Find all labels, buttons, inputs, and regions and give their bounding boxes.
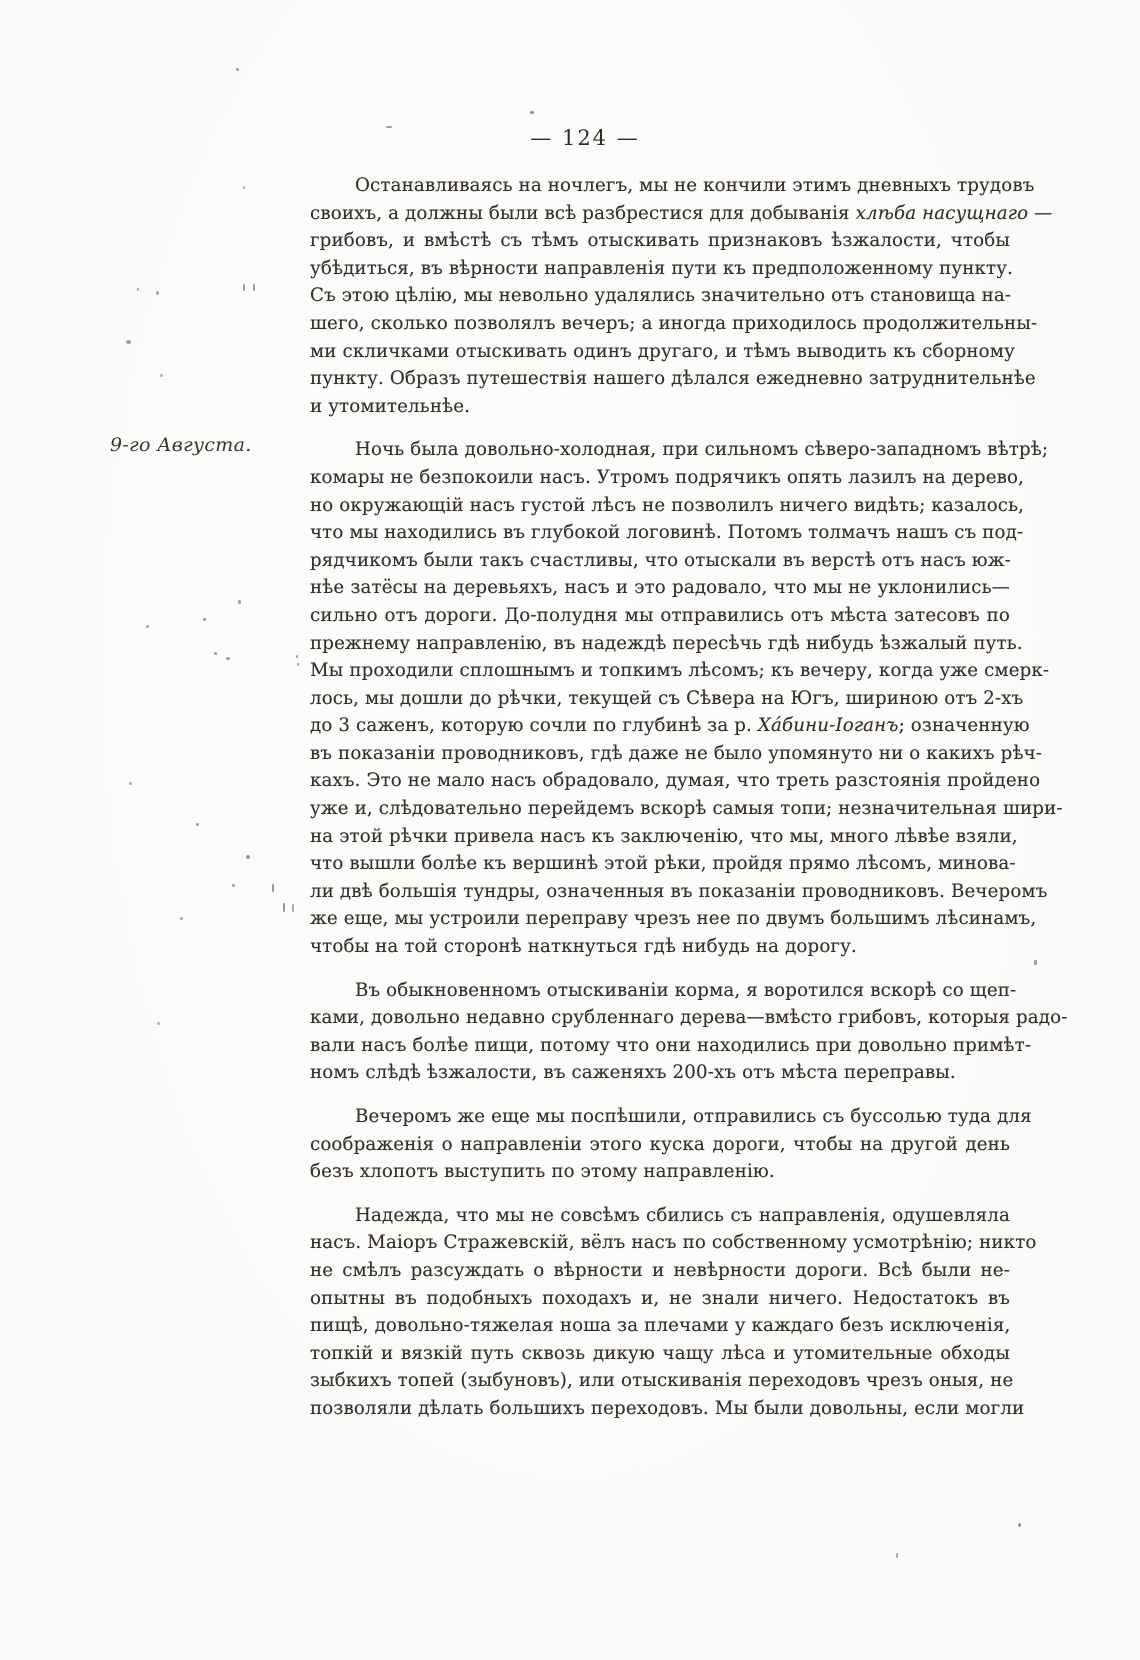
text-line: нѣе затёсы на деревьяхъ, насъ и это радо…	[310, 574, 1010, 602]
text-segment: ли двѣ большія тундры, означенныя въ пок…	[310, 881, 1047, 902]
scan-speck	[243, 284, 245, 291]
text-segment: же еще, мы устроили переправу чрезъ нее …	[310, 908, 1036, 929]
text-line: что мы находились въ глубокой логовинѣ. …	[310, 519, 1010, 547]
text-line: Въ обыкновенномъ отыскиваніи корма, я во…	[310, 977, 1010, 1005]
scan-speck	[386, 126, 392, 128]
paragraph: Вечеромъ же еще мы поспѣшили, отправилис…	[310, 1103, 1010, 1186]
scan-speck	[530, 111, 534, 114]
scan-speck	[253, 284, 255, 291]
text-segment: пункту. Образъ путешествія нашего дѣлалс…	[310, 368, 1036, 389]
scan-speck	[226, 657, 230, 660]
text-segment: уже и, слѣдовательно перейдемъ вскорѣ са…	[310, 798, 1063, 819]
text-line: убѣдиться, въ вѣрности направленія пути …	[310, 255, 1010, 283]
text-segment: Съ этою цѣлію, мы невольно удалялись зна…	[310, 285, 1011, 306]
text-line: же еще, мы устроили переправу чрезъ нее …	[310, 905, 1010, 933]
text-segment: безъ хлопотъ выступить по этому направле…	[310, 1161, 775, 1182]
text-line: комары не безпокоили насъ. Утромъ подряч…	[310, 464, 1010, 492]
paragraph: Ночь была довольно-холодная, при сильном…	[310, 436, 1010, 960]
text-segment: что мы находились въ глубокой логовинѣ. …	[310, 522, 1023, 543]
text-segment: но окружающій насъ густой лѣсъ не позвол…	[310, 495, 1024, 516]
text-segment: номъ слѣдѣ ѣзжалости, въ саженяхъ 200-хъ…	[310, 1062, 956, 1083]
text-line: опытны въ подобныхъ походахъ и, не знали…	[310, 1285, 1010, 1313]
scan-speck	[283, 903, 285, 912]
text-segment: кахъ. Это не мало насъ обрадовало, думая…	[310, 770, 1040, 791]
text-line: топкій и вязкій путь сквозь дикую чащу л…	[310, 1340, 1010, 1368]
text-segment: Надежда, что мы не совсѣмъ сбились съ на…	[355, 1205, 1010, 1226]
text-segment: пищѣ, довольно-тяжелая ноша за плечами у…	[310, 1315, 1010, 1336]
text-line: вали насъ болѣе пищи, потому что они нах…	[310, 1032, 1010, 1060]
text-line: ми скличками отыскивать одинъ другаго, и…	[310, 338, 1010, 366]
scan-speck	[160, 374, 163, 377]
scan-speck	[146, 625, 149, 628]
text-segment: ми скличками отыскивать одинъ другаго, и…	[310, 341, 1015, 362]
text-line: не смѣлъ разсуждать о вѣрности и невѣрно…	[310, 1257, 1010, 1285]
text-line: и утомительнѣе.	[310, 393, 1010, 421]
text-segment: въ показаніи проводниковъ, гдѣ даже не б…	[310, 743, 1042, 764]
text-line: номъ слѣдѣ ѣзжалости, въ саженяхъ 200-хъ…	[310, 1059, 1010, 1087]
italic-text-segment: хлѣба насущнаго —	[856, 203, 1053, 224]
text-line: кахъ. Это не мало насъ обрадовало, думая…	[310, 767, 1010, 795]
paragraph: Надежда, что мы не совсѣмъ сбились съ на…	[310, 1202, 1010, 1423]
scan-speck	[292, 904, 294, 912]
text-line: сильно отъ дороги. До-полудня мы отправи…	[310, 602, 1010, 630]
scan-speck	[243, 186, 245, 189]
text-line: безъ хлопотъ выступить по этому направле…	[310, 1158, 1010, 1186]
text-line: чтобы на той сторонѣ наткнуться гдѣ нибу…	[310, 933, 1010, 961]
text-segment: Мы проходили сплошнымъ и топкимъ лѣсомъ;…	[310, 660, 1049, 681]
text-line: пищѣ, довольно-тяжелая ноша за плечами у…	[310, 1312, 1010, 1340]
text-line: Останавливаясь на ночлегъ, мы не кончили…	[310, 172, 1010, 200]
text-line: соображенія о направленіи этого куска до…	[310, 1131, 1010, 1159]
body-text: Останавливаясь на ночлегъ, мы не кончили…	[310, 172, 1010, 1439]
text-line: что вышли болѣе къ вершинѣ этой рѣки, пр…	[310, 850, 1010, 878]
text-segment: Ночь была довольно-холодная, при сильном…	[355, 439, 1048, 460]
text-segment: убѣдиться, въ вѣрности направленія пути …	[310, 258, 1013, 279]
text-line: Вечеромъ же еще мы поспѣшили, отправилис…	[310, 1103, 1010, 1131]
text-line: Надежда, что мы не совсѣмъ сбились съ на…	[310, 1202, 1010, 1230]
scan-speck	[156, 291, 159, 295]
text-segment: соображенія о направленіи этого куска до…	[310, 1134, 1010, 1155]
page-number: — 124 —	[30, 126, 1140, 150]
scan-speck	[297, 663, 299, 666]
text-segment: не смѣлъ разсуждать о вѣрности и невѣрно…	[310, 1260, 1010, 1281]
scan-speck	[126, 340, 131, 344]
paragraph: Останавливаясь на ночлегъ, мы не кончили…	[310, 172, 1010, 420]
scan-speck	[180, 917, 183, 920]
text-line: Ночь была довольно-холодная, при сильном…	[310, 436, 1010, 464]
text-segment: нѣе затёсы на деревьяхъ, насъ и это радо…	[310, 577, 1010, 598]
text-segment: рядчикомъ были такъ счастливы, что отыск…	[310, 550, 1011, 571]
text-segment: комары не безпокоили насъ. Утромъ подряч…	[310, 467, 1024, 488]
text-segment: позволяли дѣлать большихъ переходовъ. Мы…	[310, 1398, 1024, 1419]
text-segment: насъ. Маіоръ Стражевскій, вёлъ насъ по с…	[310, 1232, 1037, 1253]
text-segment: опытны въ подобныхъ походахъ и, не знали…	[310, 1288, 1010, 1309]
text-segment: лось, мы дошли до рѣчки, текущей съ Сѣве…	[310, 688, 1023, 709]
text-segment: сильно отъ дороги. До-полудня мы отправи…	[310, 605, 1010, 626]
scan-speck	[129, 782, 132, 785]
scan-speck	[214, 652, 217, 655]
text-line: въ показаніи проводниковъ, гдѣ даже не б…	[310, 740, 1010, 768]
italic-text-segment: Ха́бини-Іоганъ	[758, 715, 899, 736]
text-segment: ; означенную	[899, 715, 1030, 736]
text-line: Мы проходили сплошнымъ и топкимъ лѣсомъ;…	[310, 657, 1010, 685]
text-segment: ками, довольно недавно срубленнаго дерев…	[310, 1007, 1068, 1028]
text-line: ли двѣ большія тундры, означенныя въ пок…	[310, 878, 1010, 906]
scan-speck	[196, 823, 199, 826]
text-segment: прежнему направленію, въ надеждѣ пересѣч…	[310, 633, 1023, 654]
margin-note-date: 9-го Августа.	[110, 434, 252, 456]
text-line: грибовъ, и вмѣстѣ съ тѣмъ отыскивать при…	[310, 227, 1010, 255]
text-line: лось, мы дошли до рѣчки, текущей съ Сѣве…	[310, 685, 1010, 713]
text-line: насъ. Маіоръ Стражевскій, вёлъ насъ по с…	[310, 1229, 1010, 1257]
text-segment: своихъ, а должны были всѣ разбрестися дл…	[310, 203, 856, 224]
book-page: — 124 — 9-го Августа. Останавливаясь на …	[0, 0, 1140, 1660]
text-line: прежнему направленію, въ надеждѣ пересѣч…	[310, 630, 1010, 658]
scan-speck	[246, 855, 250, 859]
text-line: но окружающій насъ густой лѣсъ не позвол…	[310, 492, 1010, 520]
text-segment: зыбкихъ топей (зыбуновъ), или отыскивані…	[310, 1370, 1013, 1391]
text-line: своихъ, а должны были всѣ разбрестися дл…	[310, 200, 1010, 228]
scan-speck	[896, 1553, 898, 1558]
text-segment: грибовъ, и вмѣстѣ съ тѣмъ отыскивать при…	[310, 230, 1010, 251]
text-segment: чтобы на той сторонѣ наткнуться гдѣ нибу…	[310, 936, 857, 957]
text-line: ками, довольно недавно срубленнаго дерев…	[310, 1004, 1010, 1032]
scan-speck	[236, 68, 239, 71]
scan-speck	[296, 655, 298, 658]
scan-speck	[238, 600, 241, 604]
scan-speck	[203, 618, 206, 621]
text-line: Съ этою цѣлію, мы невольно удалялись зна…	[310, 282, 1010, 310]
text-segment: до 3 саженъ, которую сочли по глубинѣ за…	[310, 715, 758, 736]
scan-speck	[157, 1022, 160, 1025]
scan-speck	[1034, 960, 1037, 965]
text-segment: шего, сколько позволялъ вечеръ; а иногда…	[310, 313, 1037, 334]
text-segment: Останавливаясь на ночлегъ, мы не кончили…	[355, 175, 1034, 196]
text-line: на этой рѣчки привела насъ къ заключенію…	[310, 823, 1010, 851]
scan-speck	[1018, 1523, 1021, 1527]
text-line: зыбкихъ топей (зыбуновъ), или отыскивані…	[310, 1367, 1010, 1395]
text-segment: вали насъ болѣе пищи, потому что они нах…	[310, 1035, 1031, 1056]
text-segment: Въ обыкновенномъ отыскиваніи корма, я во…	[355, 980, 1016, 1001]
text-segment: Вечеромъ же еще мы поспѣшили, отправилис…	[355, 1106, 1032, 1127]
text-line: до 3 саженъ, которую сочли по глубинѣ за…	[310, 712, 1010, 740]
text-segment: что вышли болѣе къ вершинѣ этой рѣки, пр…	[310, 853, 1016, 874]
text-line: пункту. Образъ путешествія нашего дѣлалс…	[310, 365, 1010, 393]
text-segment: топкій и вязкій путь сквозь дикую чащу л…	[310, 1343, 1010, 1364]
text-line: уже и, слѣдовательно перейдемъ вскорѣ са…	[310, 795, 1010, 823]
scan-speck	[137, 288, 139, 291]
scan-speck	[232, 884, 235, 887]
text-segment: и утомительнѣе.	[310, 396, 470, 417]
paragraph: Въ обыкновенномъ отыскиваніи корма, я во…	[310, 977, 1010, 1087]
scan-speck	[272, 884, 274, 892]
text-line: шего, сколько позволялъ вечеръ; а иногда…	[310, 310, 1010, 338]
text-line: рядчикомъ были такъ счастливы, что отыск…	[310, 547, 1010, 575]
text-line: позволяли дѣлать большихъ переходовъ. Мы…	[310, 1395, 1010, 1423]
text-segment: на этой рѣчки привела насъ къ заключенію…	[310, 826, 1018, 847]
